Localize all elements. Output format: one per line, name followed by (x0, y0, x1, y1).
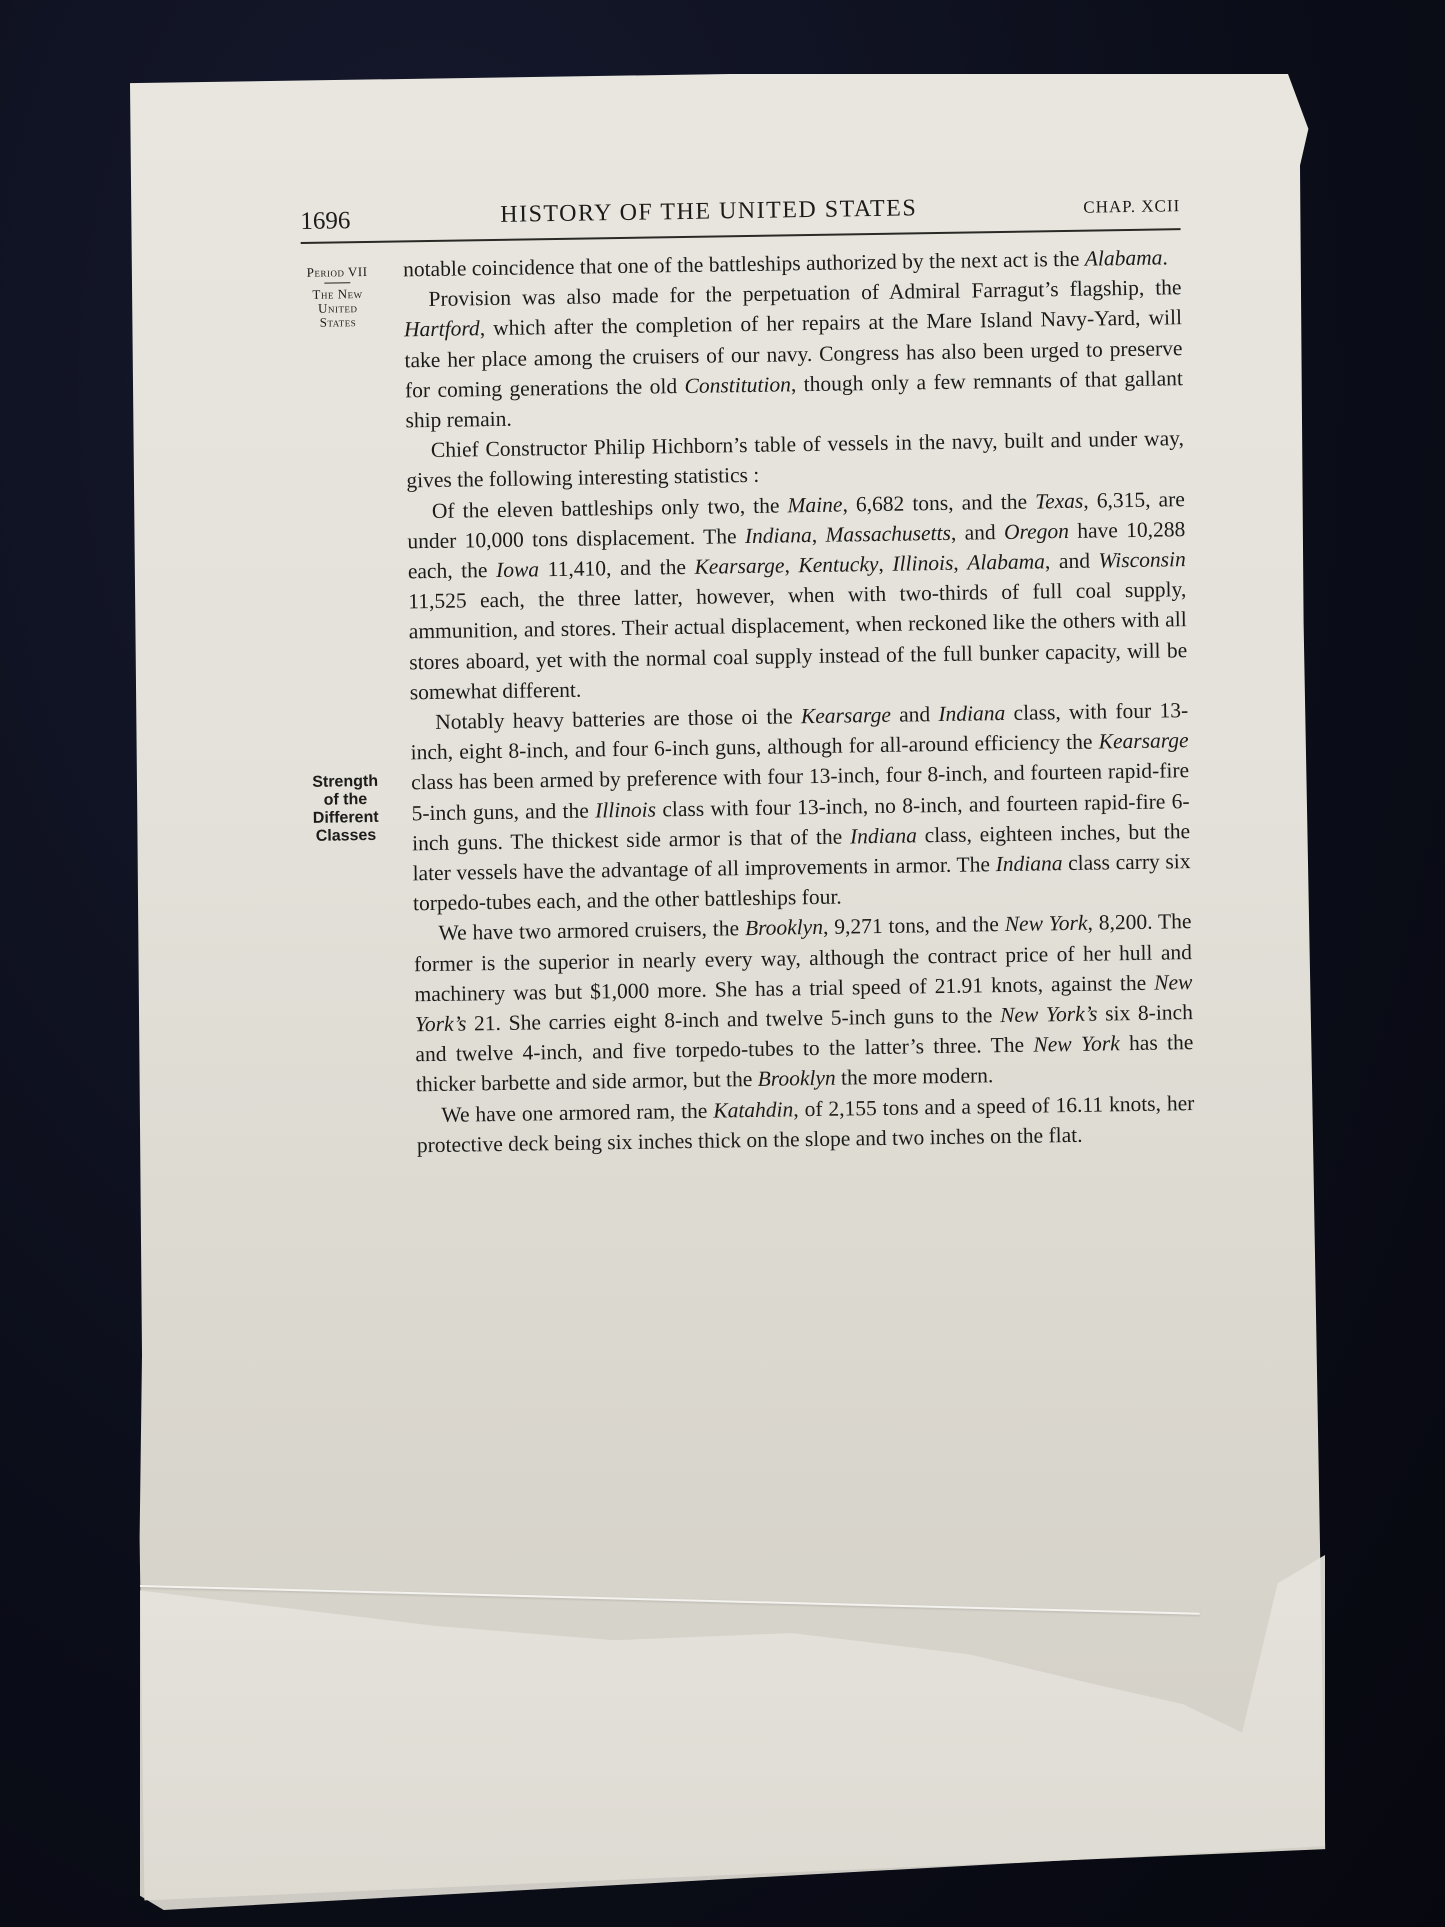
ship-name: Alabama (1085, 245, 1163, 270)
body: Period VII The New United States Strengt… (301, 242, 1195, 1162)
ship-name: New York (1005, 911, 1088, 936)
paragraph: We have one armored ram, the Katahdin, o… (416, 1088, 1195, 1161)
paragraph: Of the eleven battleships only two, the … (407, 484, 1188, 708)
margin-heading-line: Different (302, 809, 390, 828)
margin-heading-line: Strength (301, 773, 389, 792)
ship-name: Constitution (684, 372, 791, 398)
ship-name: Wisconsin (1098, 547, 1186, 572)
page-number: 1696 (300, 207, 350, 236)
ship-name: Indiana (850, 823, 917, 848)
ship-name: New York’s (1000, 1002, 1098, 1028)
ship-name: Hartford (404, 317, 480, 342)
ship-name: Massachusetts (825, 521, 951, 547)
ship-name: Indiana (995, 851, 1062, 876)
ship-name: Iowa (496, 557, 539, 582)
paragraph: Provision was also made for the perpetua… (403, 272, 1183, 435)
paragraph: Notably heavy batteries are those oi the… (410, 695, 1191, 919)
ship-name: Alabama (967, 549, 1045, 574)
margin-note-period: Period VII The New United States (293, 265, 382, 330)
margin-heading-line: of the (301, 791, 389, 810)
book-title: HISTORY OF THE UNITED STATES (500, 195, 917, 229)
body-text: notable coincidence that one of the batt… (403, 242, 1195, 1160)
ship-name: Oregon (1004, 519, 1069, 544)
ship-name: Kentucky (798, 552, 878, 577)
ship-name: Kearsarge (694, 553, 784, 578)
ship-name: Brooklyn (745, 915, 823, 940)
ship-name: Texas (1035, 488, 1084, 513)
ship-name: New York (1033, 1032, 1120, 1057)
ship-name: Katahdin (713, 1097, 793, 1122)
ship-name: Indiana (938, 701, 1005, 726)
ship-name: Kearsarge (801, 703, 891, 728)
book-page: 1696 HISTORY OF THE UNITED STATES CHAP. … (300, 186, 1195, 1162)
paragraph: We have two armored cruisers, the Brookl… (413, 907, 1194, 1100)
margin-note-strength: Strength of the Different Classes (301, 773, 390, 846)
ship-name: Indiana (745, 523, 812, 548)
ship-name: Illinois (595, 797, 656, 822)
margin-heading-line: Classes (302, 827, 390, 846)
period-label: Period VII (293, 265, 381, 280)
section-line: States (294, 315, 382, 330)
ship-name: Maine (787, 492, 842, 517)
ship-name: Brooklyn (758, 1066, 836, 1091)
ship-name: Illinois (892, 551, 953, 576)
chapter-label: CHAP. XCII (1083, 196, 1180, 218)
ship-name: Kearsarge (1098, 728, 1188, 753)
margin-rule (324, 282, 350, 283)
